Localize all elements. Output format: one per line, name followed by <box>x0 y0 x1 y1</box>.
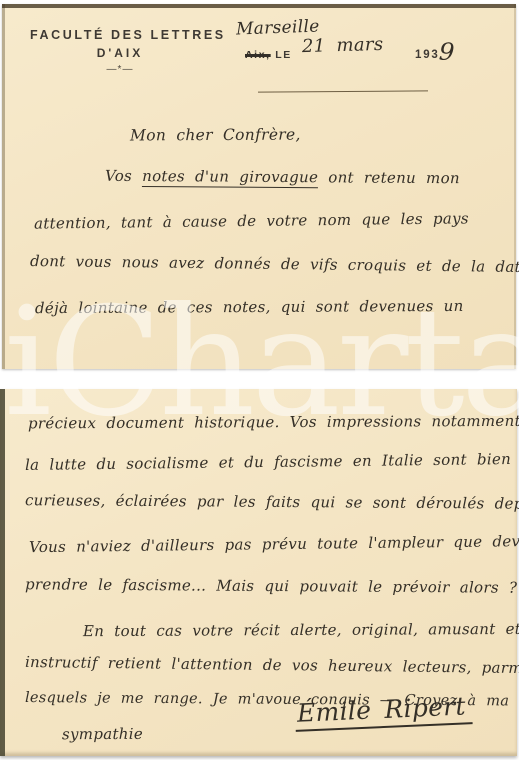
handwritten-line: En tout cas votre récit alerte, original… <box>83 620 519 640</box>
handwritten-line: déjà lointaine de ces notes, qui sont de… <box>35 297 464 317</box>
letterhead-city: D'AIX <box>30 46 210 60</box>
letterhead-ornament: —*— <box>30 64 210 75</box>
closing-word: sympathie <box>62 725 143 743</box>
handwritten-line: dont vous nous avez donnés de vifs croqu… <box>30 252 519 276</box>
handwritten-rule <box>258 90 428 92</box>
handwritten-line: précieux document historique. Vos impres… <box>28 412 519 433</box>
handwritten-line: la lutte du socialisme et du fascisme en… <box>25 450 511 474</box>
handwritten-line: prendre le fascisme... Mais qui pouvait … <box>25 575 517 596</box>
printed-year-prefix: 193 <box>415 49 440 61</box>
underlined-title: notes d'un girovague <box>142 167 318 188</box>
letter-page-2: précieux document historique. Vos impres… <box>0 389 517 756</box>
salutation: Mon cher Confrère, <box>130 126 301 145</box>
letterhead: FACULTÉ DES LETTRES D'AIX —*— <box>30 28 210 75</box>
handwritten-date: 21 mars <box>302 34 384 57</box>
crossed-out-city: Aix, <box>245 49 271 61</box>
line-text: Vos <box>105 167 142 185</box>
letter-page-1: FACULTÉ DES LETTRES D'AIX —*— Marseille … <box>2 4 516 369</box>
scanned-letter: FACULTÉ DES LETTRES D'AIX —*— Marseille … <box>0 0 519 760</box>
line-text: ont retenu mon <box>318 168 460 187</box>
handwritten-year-digit: 9 <box>438 37 455 66</box>
handwritten-line: attention, tant à cause de votre nom que… <box>34 209 469 232</box>
handwritten-line: instructif retient l'attention de vos he… <box>25 653 519 677</box>
handwritten-line: Vos notes d'un girovague ont retenu mon <box>105 167 460 187</box>
printed-le-label: LE <box>275 49 292 61</box>
handwritten-line: Vous n'aviez d'ailleurs pas prévu toute … <box>29 532 519 556</box>
printed-dateline: Aix, LE <box>245 49 292 61</box>
handwritten-line: curieuses, éclairées par les faits qui s… <box>25 491 519 513</box>
letterhead-institution: FACULTÉ DES LETTRES <box>30 28 210 42</box>
signature: Émile Ripert <box>294 691 472 732</box>
